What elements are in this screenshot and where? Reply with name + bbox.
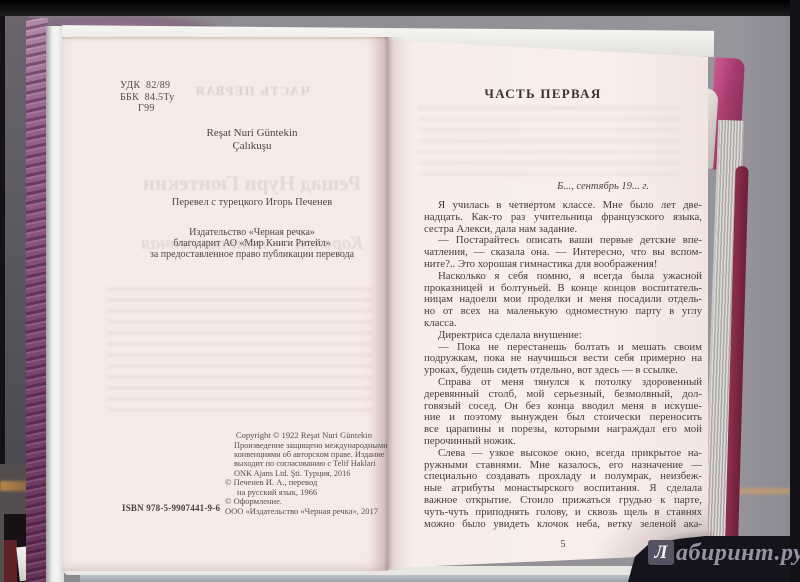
bleedthrough-author: Решад Нури Гюнтекин [92, 171, 412, 196]
copyright-line: Copyright © 1922 Reşat Nuri Güntekin [122, 430, 372, 440]
body-line: Директриса сделала внушение: [424, 330, 702, 342]
body-line: подружкам, пока не научишься вести себя … [424, 353, 702, 365]
rights-notice: Произведение защищено международнымиконв… [234, 441, 384, 478]
original-title: Çalıkuşu [92, 140, 412, 153]
body-line: все царапины и порезы, которыми награжда… [424, 424, 702, 436]
body-line: уроках, будешь сидеть отдельно, вот здес… [424, 365, 702, 377]
text-line: ББК 84.5Ту [120, 92, 175, 104]
body-line: чуть-чуть приподнять голову, и сквозь ще… [424, 507, 702, 519]
text-line: за предоставленное право публикации пере… [92, 250, 412, 261]
bleedthrough-text-lines [418, 106, 680, 180]
publisher-acknowledgement: Издательство «Черная речка»благодарит АО… [92, 228, 412, 260]
gutter-shadow [368, 37, 408, 570]
text-line: выходит по согласованию с Telif Haklari [234, 459, 384, 468]
original-author-title: Reşat Nuri Güntekin Çalıkuşu [92, 127, 412, 153]
body-line: Я училась в четвертом классе. Мне было л… [424, 200, 702, 212]
udc-bbk-block: УДК 82/89ББК 84.5ТуГ99 [120, 80, 175, 115]
body-line: важное открытие. Стоило прижаться грудью… [424, 495, 702, 507]
labirint-watermark: Л абиринт.ру [648, 540, 800, 566]
body-text: Я училась в четвертом классе. Мне было л… [424, 200, 702, 530]
dateline: Б..., сентябрь 19... г. [424, 181, 649, 192]
labirint-watermark-text: абиринт.ру [676, 540, 800, 566]
body-line: но от всех на маленькую одноместную парт… [424, 306, 702, 318]
body-line: сестра Алекси, дала нам задание. [424, 224, 702, 236]
body-line: — Постарайтесь описать ваши первые детск… [424, 235, 702, 247]
chapter-heading: ЧАСТЬ ПЕРВАЯ [402, 86, 684, 102]
text-line: УДК 82/89 [120, 80, 175, 92]
photo-right-edge [790, 0, 800, 582]
labirint-logo-icon: Л [648, 540, 674, 565]
body-line: Слева — узкое высокое окно, всегда прикр… [424, 448, 702, 460]
body-line: чатления, — сказала она. — Интересно, чт… [424, 247, 702, 259]
body-line: перочинный ножик. [424, 436, 702, 448]
body-line: ние и поэтому вынужден был стоически пер… [424, 412, 702, 424]
text-line: благодарит АО «Мир Книги Ритейл» [92, 239, 412, 250]
body-line: говязый сосед. Он без конца вводил меня … [424, 401, 702, 413]
body-line: Насколько я себя помню, я всегда была уж… [424, 271, 702, 283]
body-line: ные атрибуты монастырского воспитания. Я… [424, 483, 702, 495]
body-line: деревянный столб, мой серьезный, безмолв… [424, 389, 702, 401]
body-line: Справа от меня тянулся к потолку здорове… [424, 377, 702, 389]
body-line: проказницей и болтуньей. В конце концов … [424, 283, 702, 295]
text-line: Г99 [120, 103, 175, 115]
body-line: ницам надоели мои проделки и меня посади… [424, 294, 702, 306]
body-line: класса. [424, 318, 702, 330]
bottom-left-cover-sliver [4, 540, 17, 582]
translator-line: Перевел с турецкого Игорь Печенев [92, 197, 412, 208]
body-line: специально создавать прохладу и полумрак… [424, 471, 702, 483]
text-line: Произведение защищено международными [234, 441, 384, 450]
body-line: ружными ставнями. Мне казалось, его назн… [424, 460, 702, 472]
bleedthrough-text-lines [107, 287, 372, 419]
front-cover-edge [26, 18, 48, 582]
body-line: можно было увидеть клочок неба, ветку зе… [424, 519, 702, 531]
text-line: конвенциями об авторском праве. Издание [234, 450, 384, 459]
body-line: ните?.. Это хорошая гимнастика для вообр… [424, 259, 702, 271]
book-photo: ЧАСТЬ ПЕРВАЯ Решад Нури Гюнтекин Королек… [0, 0, 800, 582]
body-line: — Пока не перестанешь болтать и мешать с… [424, 342, 702, 354]
right-page: ЧАСТЬ ПЕРВАЯ Б..., сентябрь 19... г. Я у… [388, 40, 708, 568]
body-line: надцать. Как-то раз учительница французс… [424, 212, 702, 224]
original-author: Reşat Nuri Güntekin [92, 127, 412, 140]
left-page: ЧАСТЬ ПЕРВАЯ Решад Нури Гюнтекин Королек… [62, 37, 388, 571]
isbn: ISBN 978-5-9907441-9-6 [122, 503, 220, 513]
photo-top-edge [0, 0, 800, 16]
